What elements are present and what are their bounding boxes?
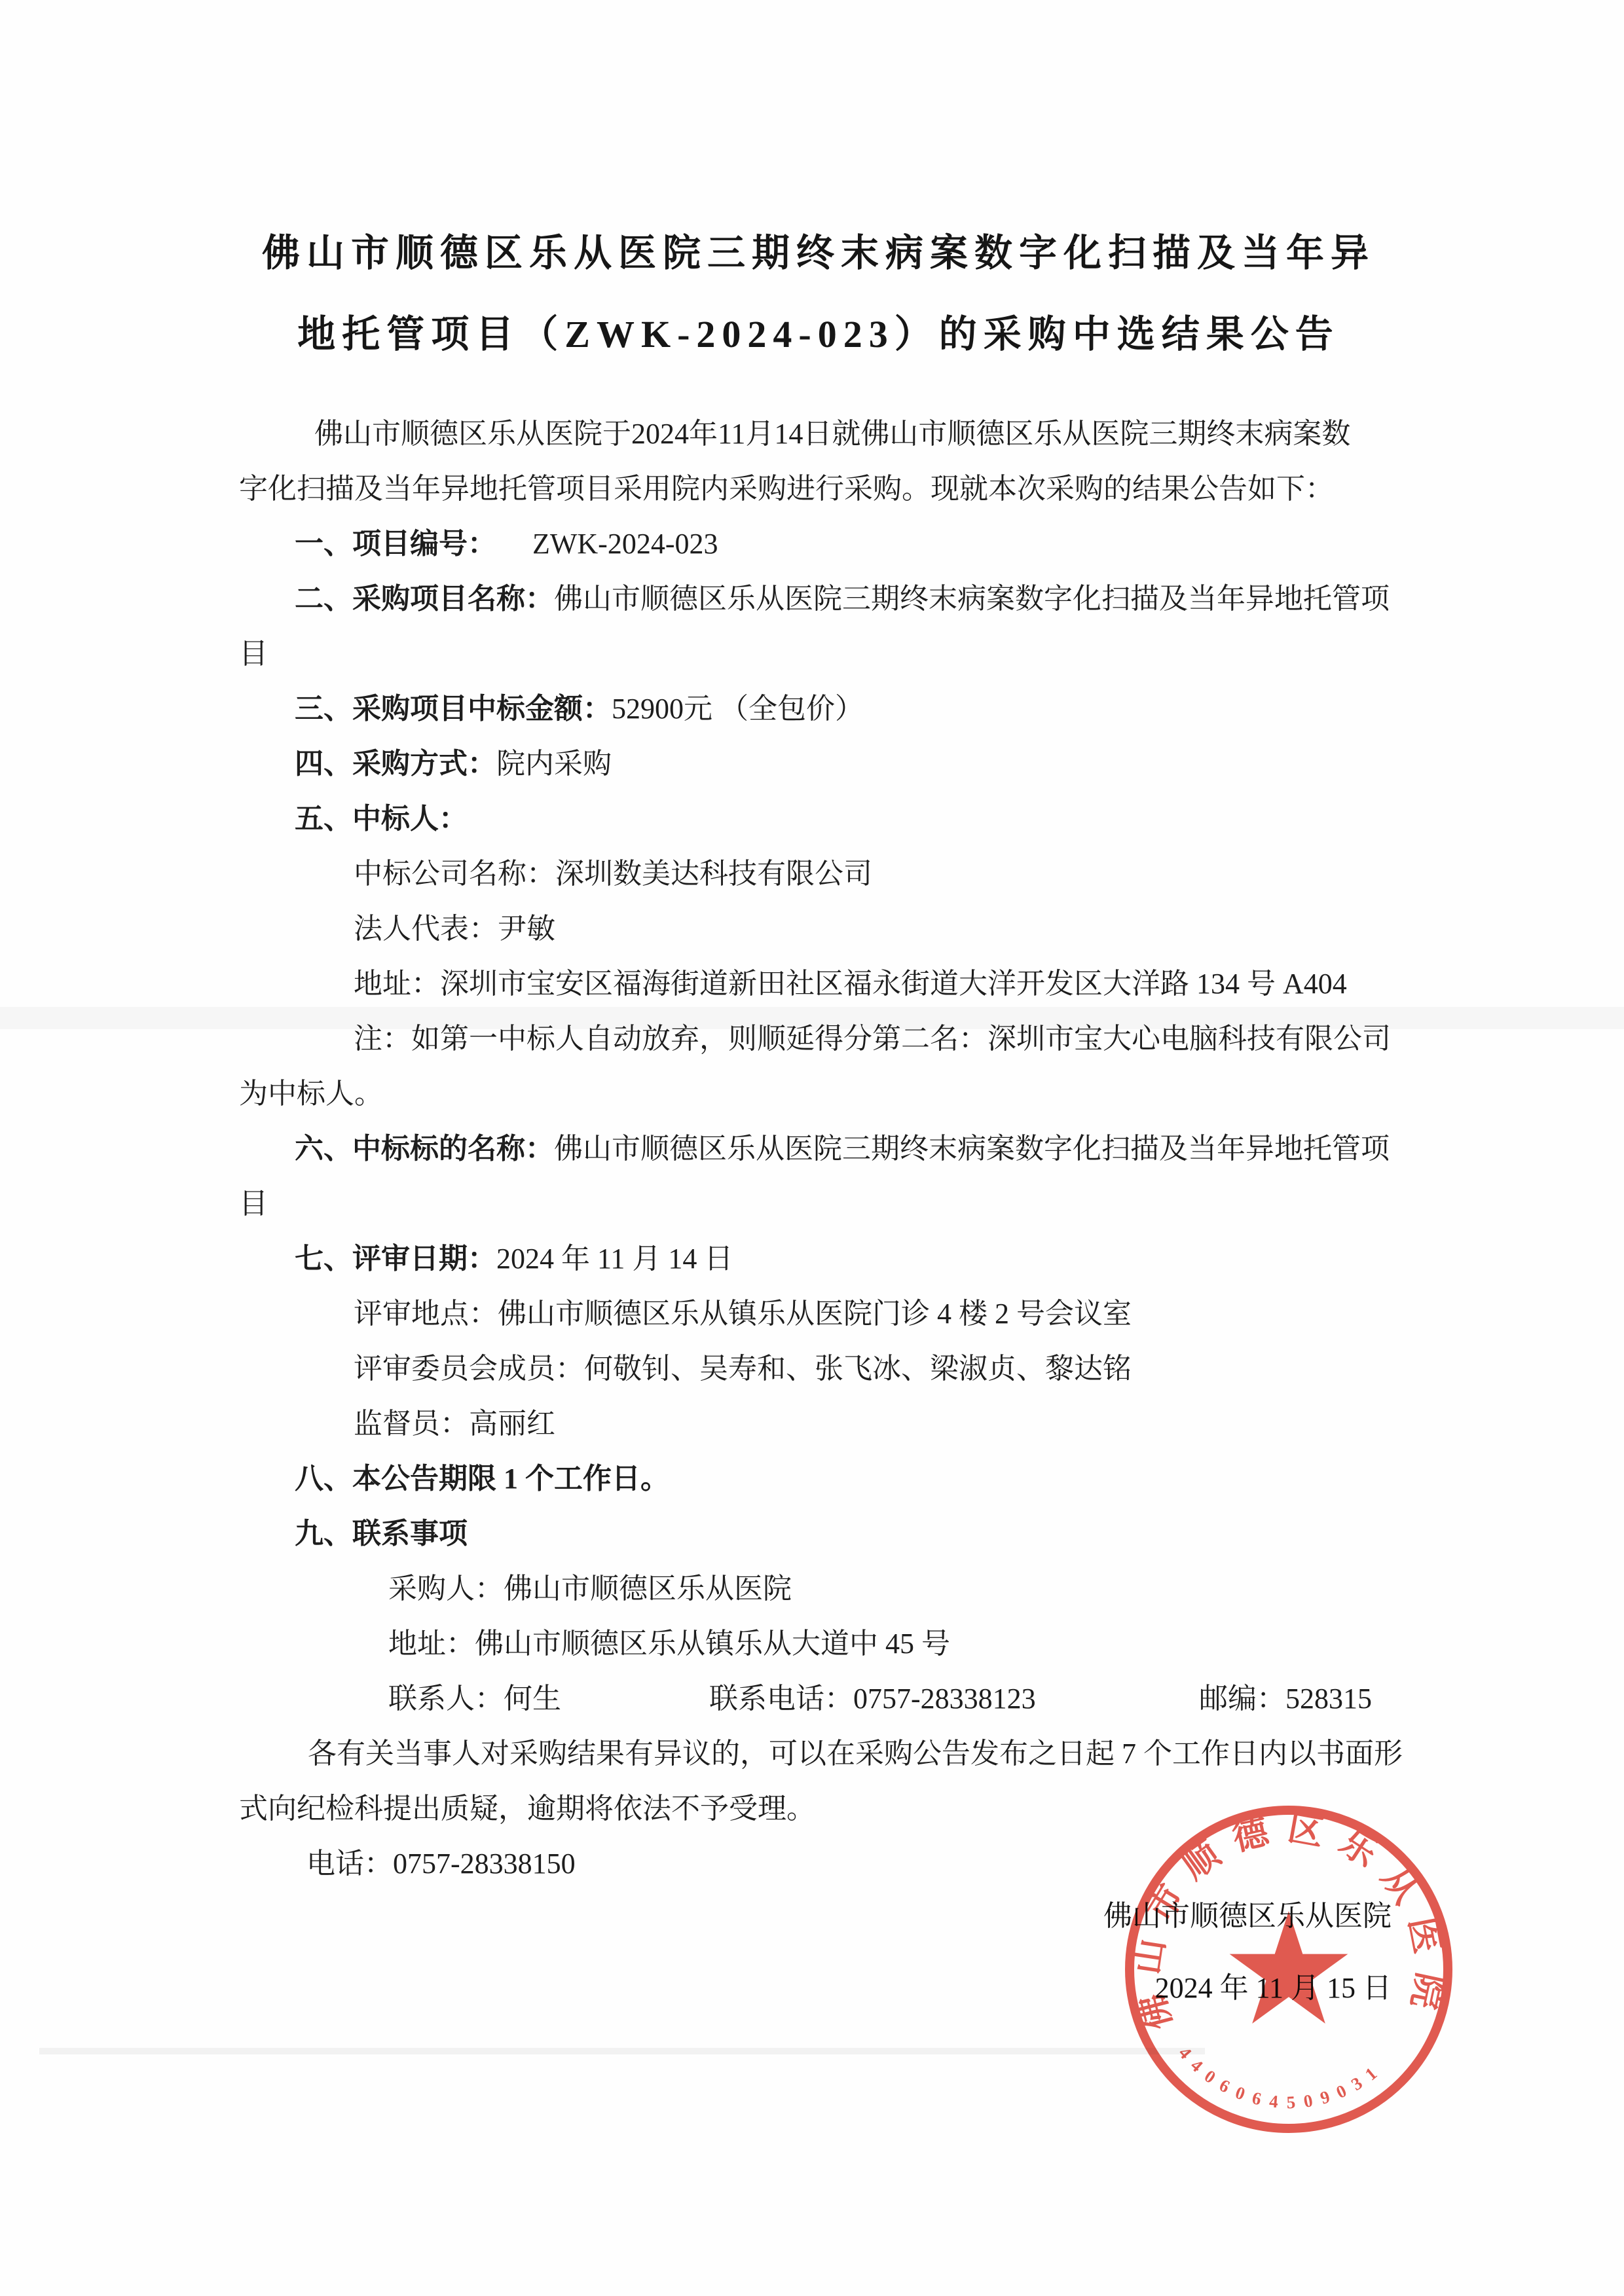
winner-note-line-1: 注：如第一中标人自动放弃，则顺延得分第二名：深圳市宝大心电脑科技有限公司 <box>239 1011 1418 1066</box>
item-2-label: 二、采购项目名称： <box>295 583 554 615</box>
item-3-label: 三、采购项目中标金额： <box>295 693 612 725</box>
contact-address: 地址：佛山市顺德区乐从镇乐从大道中 45 号 <box>239 1616 1418 1671</box>
winner-address: 地址：深圳市宝安区福海街道新田社区福永街道大洋开发区大洋路 134 号 A404 <box>239 957 1418 1011</box>
winner-note-line-2: 为中标人。 <box>239 1066 1418 1121</box>
item-3-award-amount: 三、采购项目中标金额：52900元 （全包价） <box>239 682 1418 737</box>
title-line-2: 地托管项目（ZWK-2024-023）的采购中选结果公告 <box>226 294 1411 375</box>
item-5-label: 五、中标人： <box>295 803 468 835</box>
item-6-award-subject: 六、中标标的名称：佛山市顺德区乐从医院三期终末病案数字化扫描及当年异地托管项 <box>239 1121 1418 1176</box>
item-1-value: ZWK-2024-023 <box>532 528 718 560</box>
intro-line-2: 字化扫描及当年异地托管项目采用院内采购进行采购。现就本次采购的结果公告如下： <box>239 462 1418 517</box>
signoff-block: 佛山市顺德区乐从医院 2024 年 11 月 15 日 <box>1103 1880 1392 2024</box>
review-place: 评审地点：佛山市顺德区乐从镇乐从医院门诊 4 楼 2 号会议室 <box>239 1286 1418 1341</box>
contact-postcode: 邮编：528315 <box>1199 1671 1372 1726</box>
objection-line-2: 式向纪检科提出质疑，逾期将依法不予受理。 <box>239 1781 1418 1836</box>
item-6-wrap: 目 <box>239 1176 1418 1231</box>
item-8-notice-period: 八、本公告期限 1 个工作日。 <box>239 1451 1418 1506</box>
contact-phone: 联系电话：0757-28338123 <box>709 1671 1036 1726</box>
intro-line-1: 佛山市顺德区乐从医院于2024年11月14日就佛山市顺德区乐从医院三期终末病案数 <box>239 407 1418 462</box>
item-6-value: 佛山市顺德区乐从医院三期终末病案数字化扫描及当年异地托管项 <box>554 1133 1390 1165</box>
winner-legal-rep: 法人代表：尹敏 <box>239 902 1418 957</box>
item-2-project-name: 二、采购项目名称：佛山市顺德区乐从医院三期终末病案数字化扫描及当年异地托管项 <box>239 572 1418 627</box>
objection-line-1: 各有关当事人对采购结果有异议的，可以在采购公告发布之日起 7 个工作日内以书面形 <box>239 1726 1418 1781</box>
contact-person: 联系人：何生 <box>388 1683 561 1715</box>
contact-line: 联系人：何生联系电话：0757-28338123邮编：528315 <box>239 1671 1418 1726</box>
item-4-label: 四、采购方式： <box>295 748 496 780</box>
document-body: 佛山市顺德区乐从医院于2024年11月14日就佛山市顺德区乐从医院三期终末病案数… <box>239 407 1418 1891</box>
item-4-procurement-method: 四、采购方式：院内采购 <box>239 737 1418 792</box>
signoff-org: 佛山市顺德区乐从医院 <box>1103 1880 1392 1952</box>
item-2-wrap: 目 <box>239 627 1418 682</box>
item-8-label: 八、本公告期限 1 个工作日。 <box>295 1463 669 1495</box>
contact-purchaser: 采购人：佛山市顺德区乐从医院 <box>239 1561 1418 1616</box>
item-1-label: 一、项目编号： <box>295 528 496 560</box>
document-page: 佛山市顺德区乐从医院三期终末病案数字化扫描及当年异 地托管项目（ZWK-2024… <box>0 0 1624 2296</box>
scan-smudge <box>39 2048 1205 2054</box>
item-7-review-date: 七、评审日期：2024 年 11 月 14 日 <box>239 1231 1418 1286</box>
item-9-contact-heading: 九、联系事项 <box>239 1506 1418 1561</box>
review-supervisor: 监督员：高丽红 <box>239 1396 1418 1451</box>
title-line-1: 佛山市顺德区乐从医院三期终末病案数字化扫描及当年异 <box>226 213 1411 294</box>
item-5-winner-heading: 五、中标人： <box>239 792 1418 847</box>
item-2-value: 佛山市顺德区乐从医院三期终末病案数字化扫描及当年异地托管项 <box>554 583 1390 615</box>
item-1-project-number: 一、项目编号：ZWK-2024-023 <box>239 517 1418 572</box>
winner-company: 中标公司名称：深圳数美达科技有限公司 <box>239 847 1418 902</box>
item-6-label: 六、中标标的名称： <box>295 1133 554 1165</box>
item-3-value: 52900元 （全包价） <box>612 693 864 725</box>
review-committee: 评审委员会成员：何敬钊、吴寿和、张飞冰、梁淑贞、黎达铭 <box>239 1341 1418 1396</box>
item-9-label: 九、联系事项 <box>295 1518 468 1550</box>
item-7-label: 七、评审日期： <box>295 1243 496 1275</box>
stamp-serial-number: 4406064509031 <box>1175 2043 1388 2113</box>
item-7-value: 2024 年 11 月 14 日 <box>496 1243 733 1275</box>
document-title: 佛山市顺德区乐从医院三期终末病案数字化扫描及当年异 地托管项目（ZWK-2024… <box>226 213 1411 375</box>
signoff-date: 2024 年 11 月 15 日 <box>1103 1952 1392 2024</box>
item-4-value: 院内采购 <box>496 748 612 780</box>
